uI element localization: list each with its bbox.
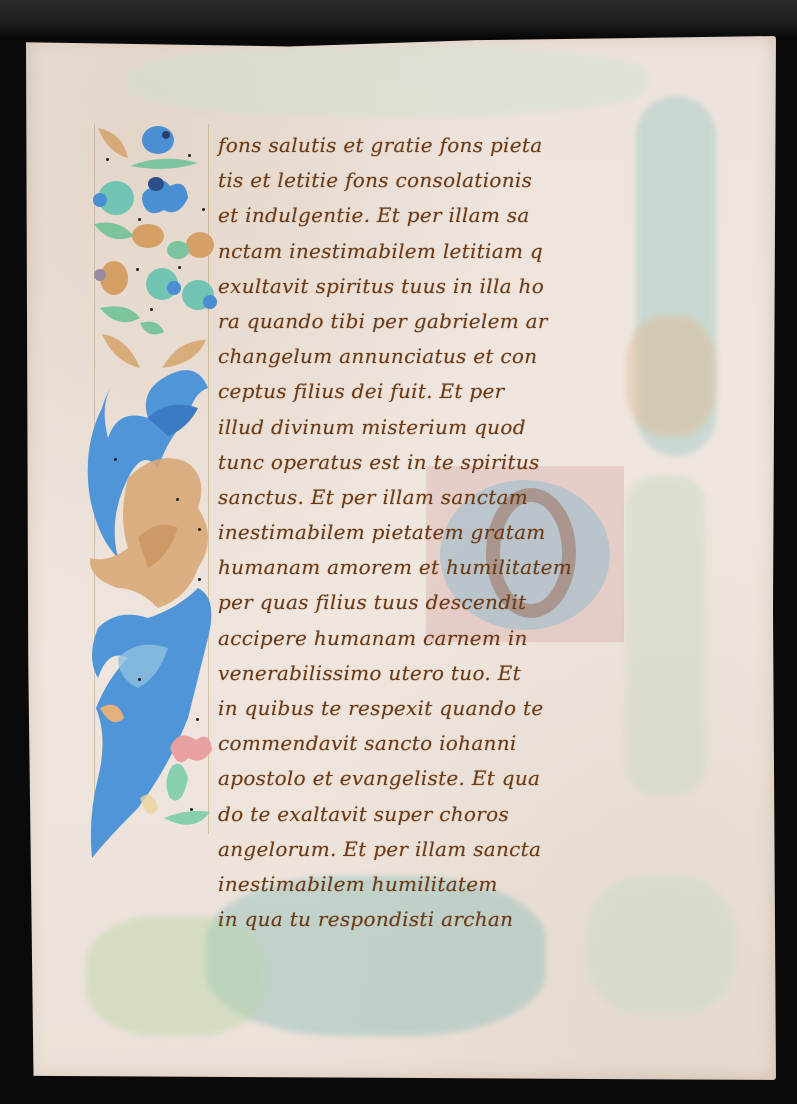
- penwork-dot: [196, 718, 199, 721]
- penwork-dot: [138, 678, 141, 681]
- text-line: humanam amorem et humilitatem: [218, 550, 648, 585]
- text-line: exultavit spiritus tuus in illa ho: [218, 269, 648, 304]
- penwork-dot: [176, 498, 179, 501]
- penwork-dot: [136, 268, 139, 271]
- penwork-dot: [198, 578, 201, 581]
- text-line: commendavit sancto iohanni: [218, 726, 648, 761]
- text-line: inestimabilem pietatem gratam: [218, 515, 648, 550]
- text-line: do te exaltavit super choros: [218, 797, 648, 832]
- penwork-dot: [138, 218, 141, 221]
- text-line: ceptus filius dei fuit. Et per: [218, 374, 648, 409]
- illuminated-side-border: [78, 118, 218, 858]
- penwork-dot: [202, 208, 205, 211]
- faded-top-border: [126, 46, 646, 116]
- floral-acanthus-border-icon: [78, 118, 218, 858]
- text-line: in qua tu respondisti archan: [218, 902, 648, 937]
- text-line: et indulgentie. Et per illam sa: [218, 198, 648, 233]
- text-line: per quas filius tuus descendit: [218, 585, 648, 620]
- text-line: angelorum. Et per illam sancta: [218, 832, 648, 867]
- text-line: tunc operatus est in te spiritus: [218, 445, 648, 480]
- penwork-dot: [150, 308, 153, 311]
- text-line: in quibus te respexit quando te: [218, 691, 648, 726]
- text-line: illud divinum misterium quod: [218, 410, 648, 445]
- penwork-dot: [188, 154, 191, 157]
- penwork-dot: [178, 266, 181, 269]
- text-line: ra quando tibi per gabrielem ar: [218, 304, 648, 339]
- text-line: inestimabilem humilitatem: [218, 867, 648, 902]
- text-line: venerabilissimo utero tuo. Et: [218, 656, 648, 691]
- dark-backdrop: [0, 0, 797, 40]
- text-line: changelum annunciatus et con: [218, 339, 648, 374]
- text-line: apostolo et evangeliste. Et qua: [218, 761, 648, 796]
- penwork-dot: [198, 528, 201, 531]
- text-line: tis et letitie fons consolationis: [218, 163, 648, 198]
- text-line: sanctus. Et per illam sanctam: [218, 480, 648, 515]
- manuscript-text-column: fons salutis et gratie fons pieta tis et…: [218, 128, 648, 937]
- text-line: fons salutis et gratie fons pieta: [218, 128, 648, 163]
- text-line: nctam inestimabilem letitiam q: [218, 234, 648, 269]
- penwork-dot: [106, 158, 109, 161]
- text-line: accipere humanam carnem in: [218, 621, 648, 656]
- penwork-dot: [114, 458, 117, 461]
- penwork-dot: [190, 808, 193, 811]
